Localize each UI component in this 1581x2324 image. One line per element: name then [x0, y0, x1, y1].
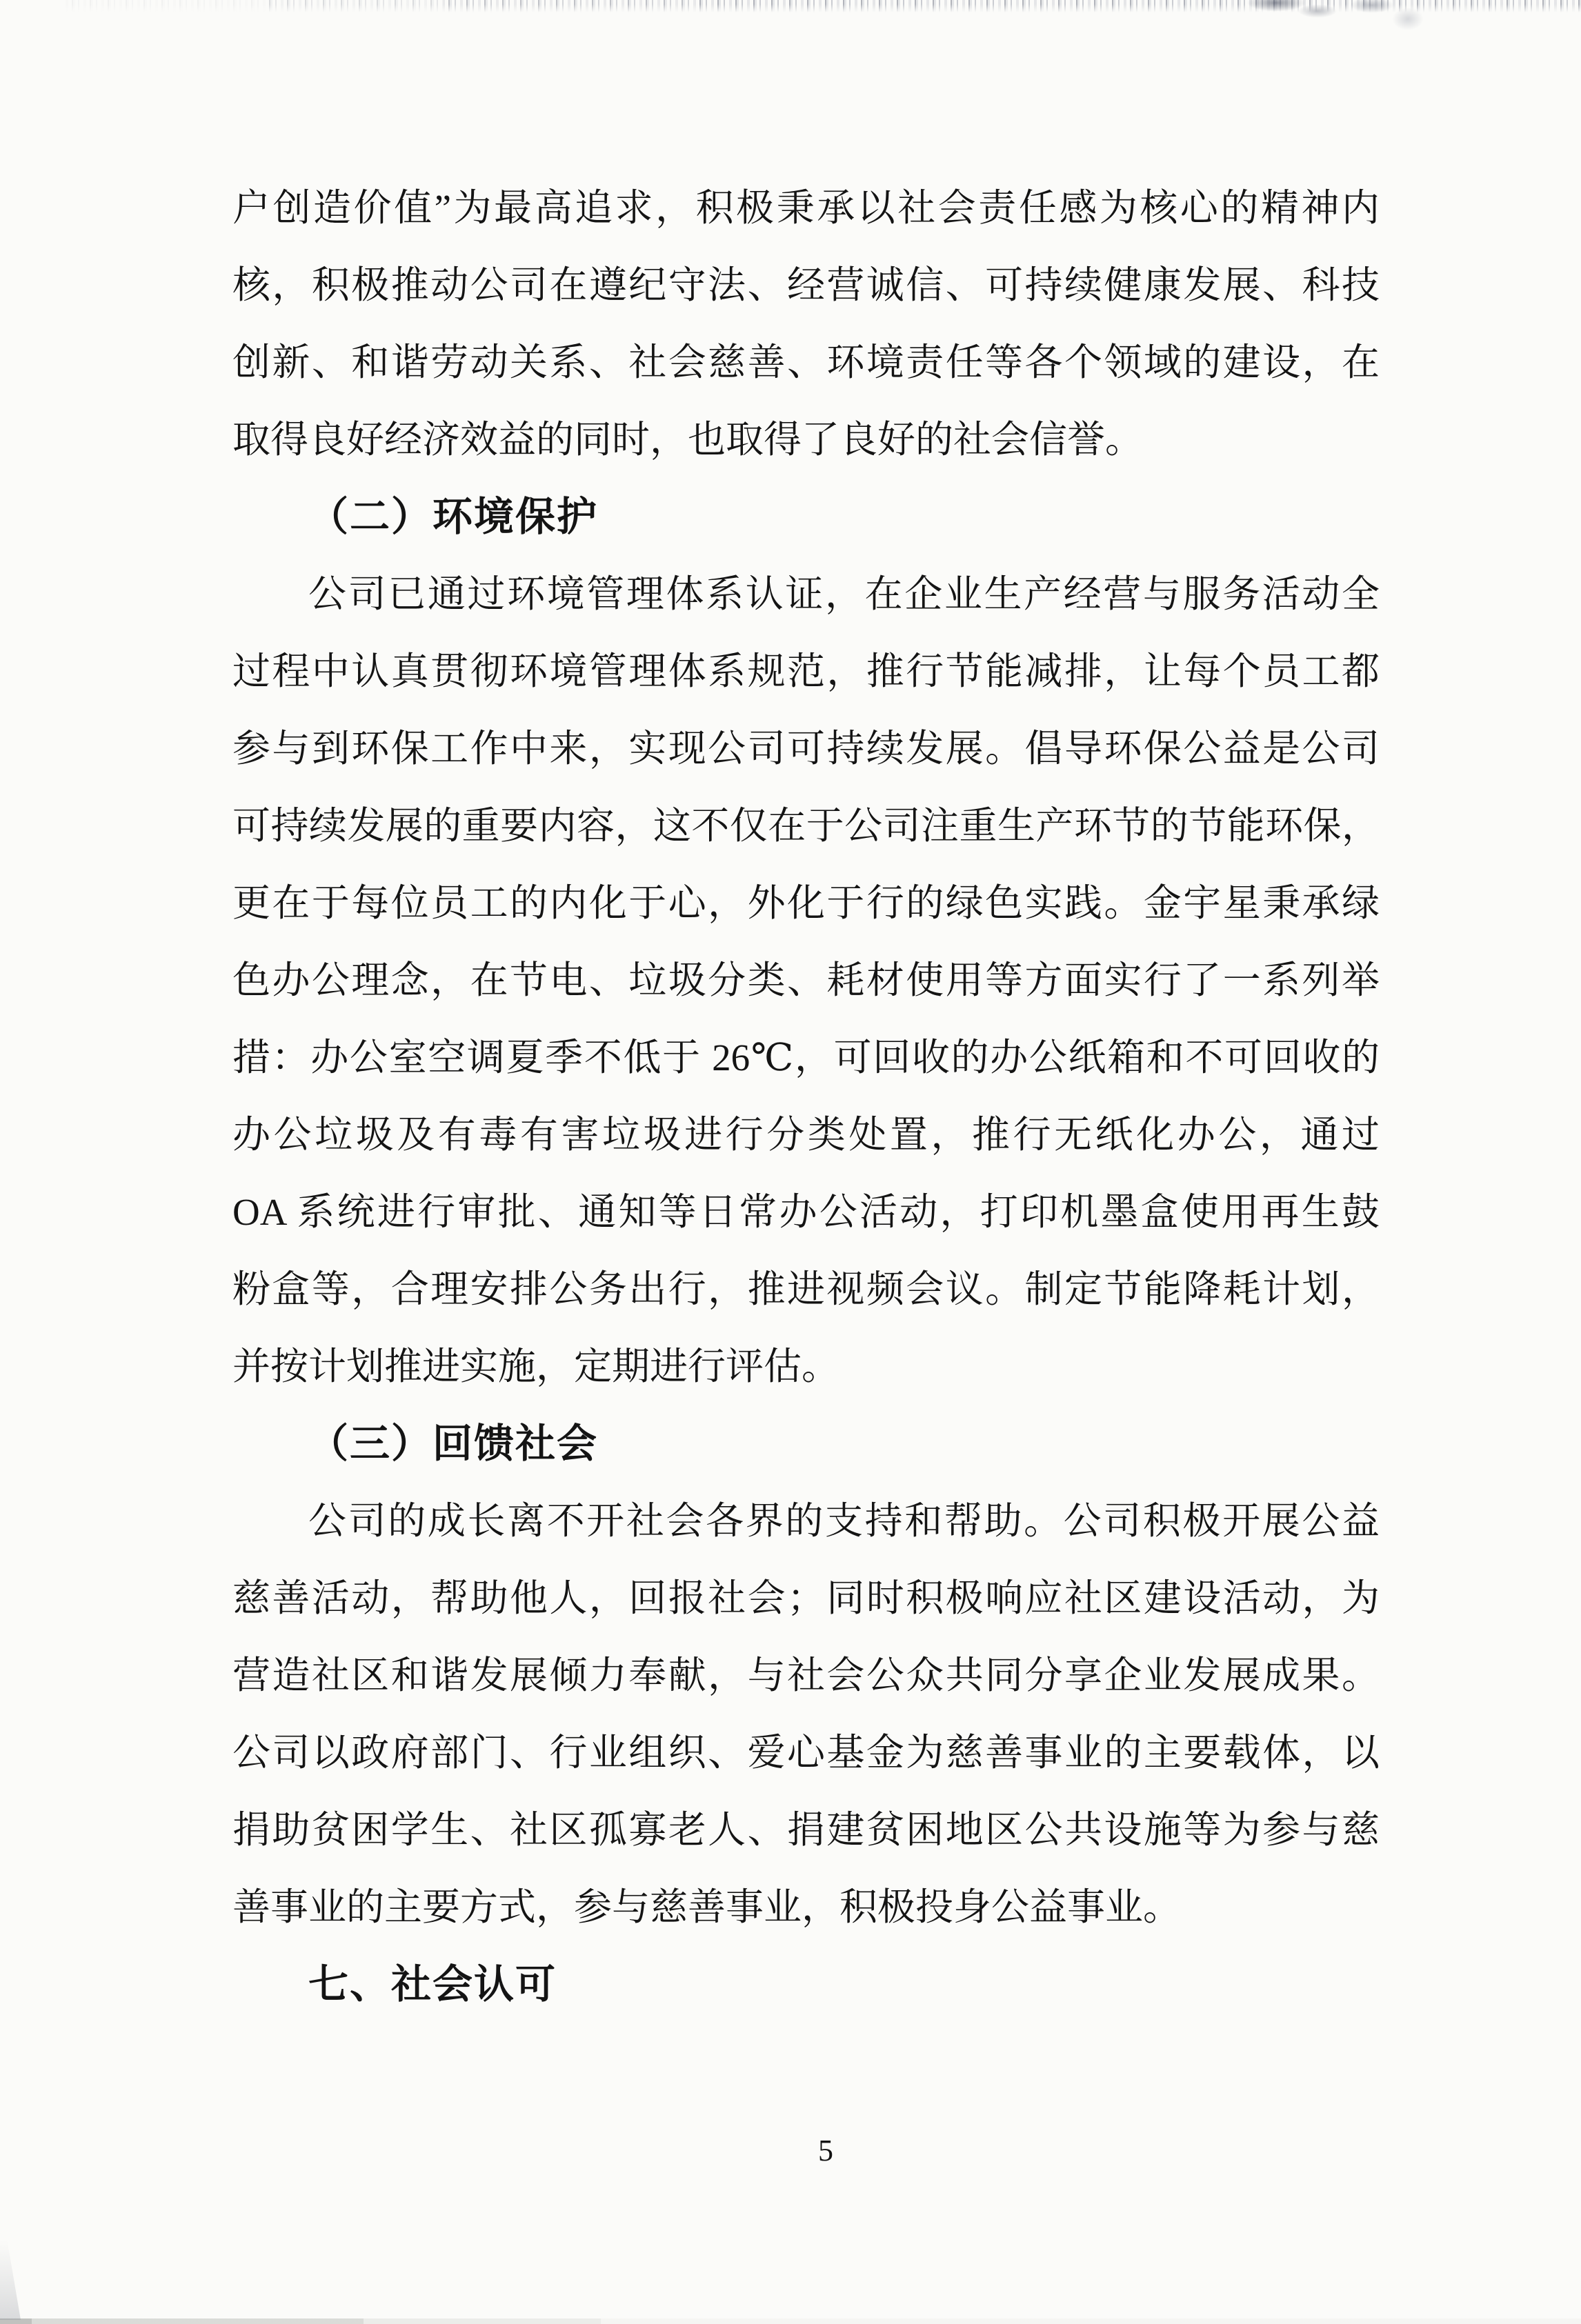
body-paragraph-environment: 公司已通过环境管理体系认证，在企业生产经营与服务活动全过程中认真贯彻环境管理体系… [232, 556, 1380, 1405]
text-line: 措：办公室空调夏季不低于 26℃，可回收的办公纸箱和不可回收的 [232, 1019, 1380, 1096]
text-block: 户创造价值”为最高追求，积极秉承以社会责任感为核心的精神内核，积极推动公司在遵纪… [232, 170, 1380, 2023]
text-line: 营造社区和谐发展倾力奉献，与社会公众共同分享企业发展成果。 [232, 1637, 1380, 1714]
text-line: 公司以政府部门、行业组织、爱心基金为慈善事业的主要载体，以 [232, 1714, 1380, 1792]
scan-smudge-top-right [1235, 0, 1338, 28]
text-line: 取得良好经济效益的同时，也取得了良好的社会信誉。 [232, 401, 1380, 479]
text-line: 并按计划推进实施，定期进行评估。 [232, 1328, 1380, 1405]
text-line: 公司的成长离不开社会各界的支持和帮助。公司积极开展公益 [232, 1483, 1380, 1560]
text-line: 可持续发展的重要内容，这不仅在于公司注重生产环节的节能环保， [232, 788, 1380, 865]
text-line: 核，积极推动公司在遵纪守法、经营诚信、可持续健康发展、科技 [232, 247, 1380, 324]
text-line: OA 系统进行审批、通知等日常办公活动，打印机墨盒使用再生鼓 [232, 1174, 1380, 1251]
text-line: 过程中认真贯彻环境管理体系规范，推行节能减排，让每个员工都 [232, 633, 1380, 710]
text-line: 粉盒等，合理安排公务出行，推进视频会议。制定节能降耗计划， [232, 1251, 1380, 1328]
section-heading-environment: （二）环境保护 [232, 479, 1380, 556]
scan-noise-top-edge [0, 0, 1581, 12]
text-line: 更在于每位员工的内化于心，外化于行的绿色实践。金宇星秉承绿 [232, 865, 1380, 942]
body-paragraph-giveback: 公司的成长离不开社会各界的支持和帮助。公司积极开展公益慈善活动，帮助他人，回报社… [232, 1483, 1380, 1946]
document-page: 户创造价值”为最高追求，积极秉承以社会责任感为核心的精神内核，积极推动公司在遵纪… [0, 0, 1581, 2324]
text-line: 办公垃圾及有毒有害垃圾进行分类处置，推行无纸化办公，通过 [232, 1096, 1380, 1174]
scan-noise-bottom-edge [0, 2318, 1581, 2324]
text-line: 创新、和谐劳动关系、社会慈善、环境责任等各个领域的建设，在 [232, 324, 1380, 401]
page-number: 5 [0, 2134, 1581, 2168]
text-line: 善事业的主要方式，参与慈善事业，积极投身公益事业。 [232, 1869, 1380, 1946]
text-line: 慈善活动，帮助他人，回报社会；同时积极响应社区建设活动，为 [232, 1560, 1380, 1637]
body-paragraph-social-responsibility: 户创造价值”为最高追求，积极秉承以社会责任感为核心的精神内核，积极推动公司在遵纪… [232, 170, 1380, 479]
section-heading-recognition: 七、社会认可 [232, 1946, 1380, 2023]
section-heading-giveback: （三）回馈社会 [232, 1405, 1380, 1483]
text-line: 捐助贫困学生、社区孤寡老人、捐建贫困地区公共设施等为参与慈 [232, 1792, 1380, 1869]
text-line: 色办公理念，在节电、垃圾分类、耗材使用等方面实行了一系列举 [232, 942, 1380, 1019]
scan-smudge-bottom-left [0, 2241, 21, 2320]
scan-smudge-top-right-2 [1345, 0, 1435, 34]
text-line: 户创造价值”为最高追求，积极秉承以社会责任感为核心的精神内 [232, 170, 1380, 247]
text-line: 参与到环保工作中来，实现公司可持续发展。倡导环保公益是公司 [232, 710, 1380, 788]
text-line: 公司已通过环境管理体系认证，在企业生产经营与服务活动全 [232, 556, 1380, 633]
